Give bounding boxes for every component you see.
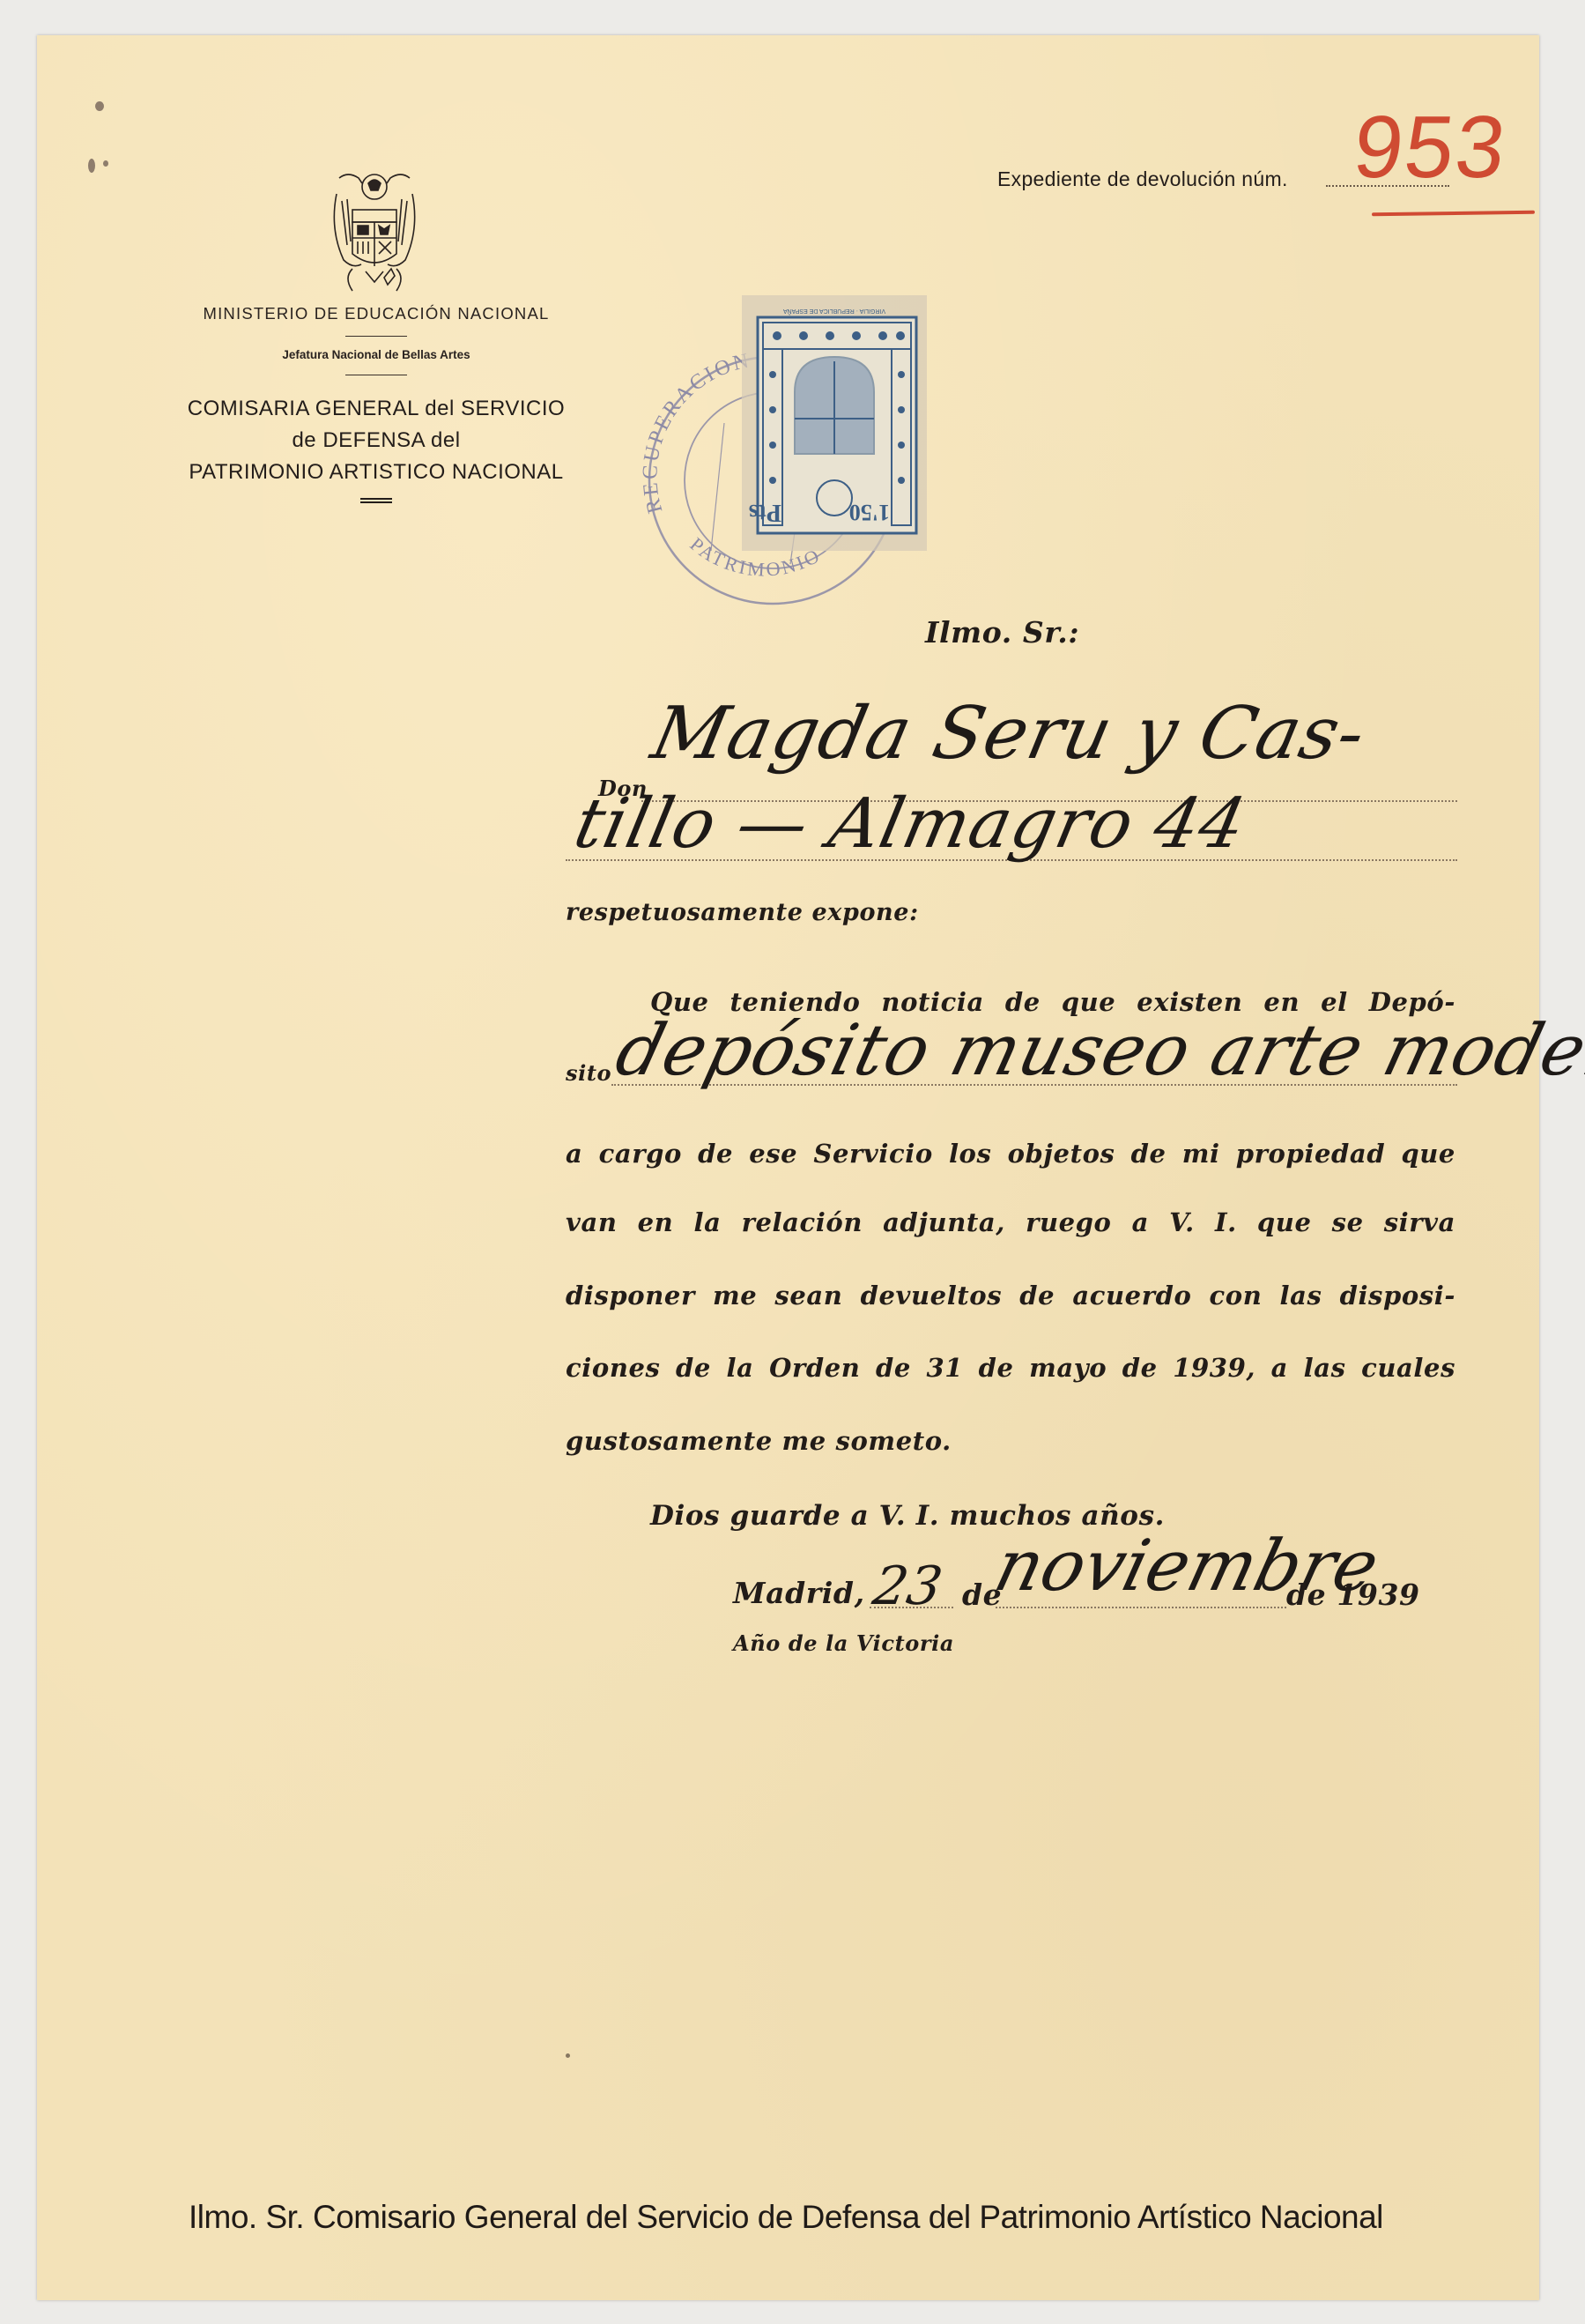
stamp-value: 1'50 xyxy=(849,500,890,525)
expediente-label: Expediente de devolución núm. xyxy=(997,167,1288,191)
divider xyxy=(345,375,407,375)
paper-speck xyxy=(566,2053,570,2058)
year-label: de 1939 xyxy=(1286,1578,1420,1612)
ministry-name: MINISTERIO DE EDUCACIÓN NACIONAL xyxy=(178,304,574,323)
paragraph-line: ciones de la Orden de 31 de mayo de 1939… xyxy=(566,1353,1455,1383)
jefatura-name: Jefatura Nacional de Bellas Artes xyxy=(178,348,574,361)
paragraph-line: disponer me sean devueltos de acuerdo co… xyxy=(566,1281,1455,1310)
salutation: Ilmo. Sr.: xyxy=(925,615,1079,650)
respetuosamente-expone: respetuosamente expone: xyxy=(566,899,919,926)
double-rule xyxy=(360,498,392,503)
fiscal-stamp-icon: VIRGILIA · REPUBLICA DE ESPAÑA Pts 1'50 xyxy=(742,295,927,551)
place-label: Madrid, xyxy=(733,1576,865,1610)
paragraph-line: a cargo de ese Servicio los objetos de m… xyxy=(566,1139,1455,1169)
month-dotted-line xyxy=(996,1607,1286,1608)
divider xyxy=(345,336,407,337)
punch-hole xyxy=(103,160,108,167)
comisaria-line: de DEFENSA del xyxy=(178,425,574,457)
punch-hole xyxy=(88,159,95,173)
document-page: MINISTERIO DE EDUCACIÓN NACIONAL Jefatur… xyxy=(37,35,1539,2300)
punch-hole xyxy=(95,101,104,111)
comisaria-line: PATRIMONIO ARTISTICO NACIONAL xyxy=(178,457,574,488)
comisaria-name: COMISARIA GENERAL del SERVICIO de DEFENS… xyxy=(178,393,574,488)
handwritten-deposito: depósito museo arte moderno xyxy=(608,1009,1585,1091)
handwritten-day: 23 xyxy=(869,1556,947,1617)
handwritten-name-line-2: tillo — Almagro 44 xyxy=(567,784,1253,864)
comisaria-line: COMISARIA GENERAL del SERVICIO xyxy=(178,393,574,425)
expediente-underline xyxy=(1372,211,1535,217)
paragraph-line: van en la relación adjunta, ruego a V. I… xyxy=(566,1207,1455,1237)
handwritten-name-line-1: Magda Seru y Cas- xyxy=(645,692,1374,776)
stamp-currency: Pts xyxy=(749,499,781,526)
svg-text:RECUPERACION: RECUPERACION xyxy=(639,349,753,516)
expediente-number: 953 xyxy=(1349,97,1512,198)
era-label: Año de la Victoria xyxy=(733,1630,954,1656)
sito-label: sito xyxy=(566,1060,611,1086)
paragraph-line: gustosamente me someto. xyxy=(566,1426,1455,1456)
seal-text-top: RECUPERACION xyxy=(639,349,753,516)
coat-of-arms-icon xyxy=(326,167,423,300)
footer-addressee: Ilmo. Sr. Comisario General del Servicio… xyxy=(189,2199,1383,2236)
stamp-microtext: VIRGILIA · REPUBLICA DE ESPAÑA xyxy=(783,308,886,316)
